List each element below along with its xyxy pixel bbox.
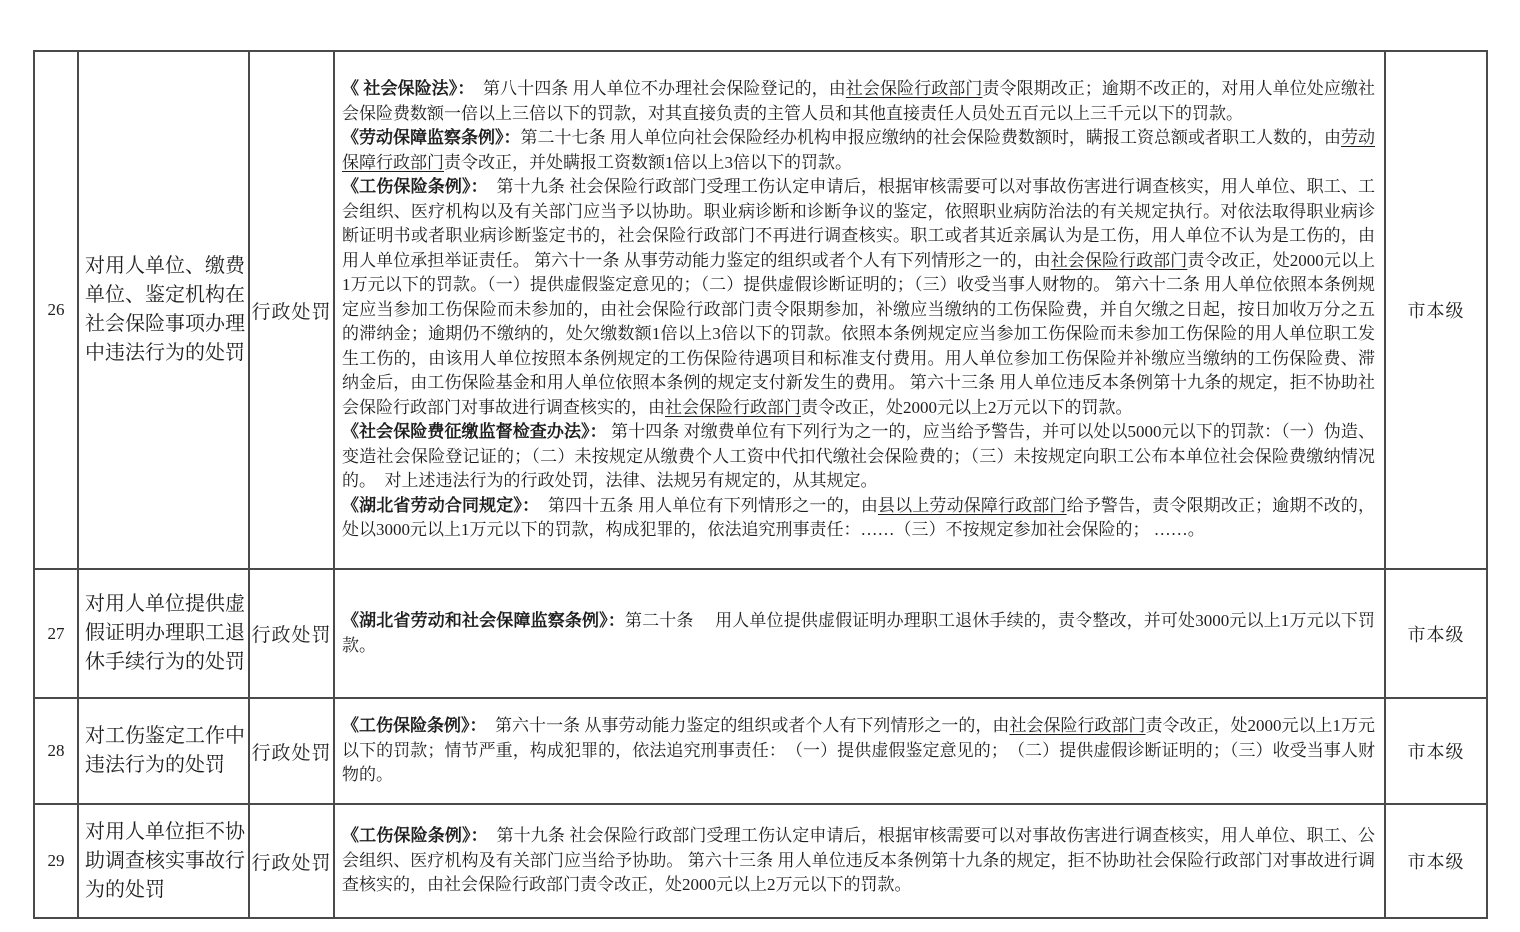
legal-text-segment: 责令改正，处2000元以上2万元以下的罚款。	[801, 398, 1133, 417]
underlined-department: 社会保险行政部门	[846, 79, 983, 98]
legal-text-segment: 第八十四条 用人单位不办理社会保险登记的，由	[466, 79, 846, 98]
legal-text-segment: 责令改正，处2000元以上1万元以下的罚款。（一）提供虚假鉴定意见的；（二）提供…	[342, 251, 1375, 417]
law-title: 《湖北省劳动合同规定》：	[342, 496, 531, 515]
penalty-type-cell: 行政处罚	[249, 698, 334, 804]
legal-text-segment: 第六十一条 从事劳动能力鉴定的组织或者个人有下列情形之一的，由	[478, 716, 1009, 735]
legal-basis-cell: 《工伤保险条例》： 第十九条 社会保险行政部门受理工伤认定申请后，根据审核需要可…	[334, 804, 1385, 918]
item-name-cell: 对用人单位拒不协助调查核实事故行为的处罚	[78, 804, 249, 918]
legal-paragraph: 《工伤保险条例》： 第十九条 社会保险行政部门受理工伤认定申请后，根据审核需要可…	[342, 824, 1375, 898]
item-name-cell: 对用人单位、缴费单位、鉴定机构在社会保险事项办理中违法行为的处罚	[78, 51, 249, 569]
penalty-type-cell: 行政处罚	[249, 51, 334, 569]
legal-paragraph: 《劳动保障监察条例》：第二十七条 用人单位向社会保险经办机构申报应缴纳的社会保险…	[342, 126, 1375, 175]
row-number-cell: 29	[34, 804, 78, 918]
row-number-cell: 28	[34, 698, 78, 804]
penalty-type-cell: 行政处罚	[249, 569, 334, 698]
legal-basis-cell: 《湖北省劳动和社会保障监察条例》：第二十条 用人单位提供虚假证明办理职工退休手续…	[334, 569, 1385, 698]
row-number-cell: 27	[34, 569, 78, 698]
legal-paragraph: 《湖北省劳动合同规定》： 第四十五条 用人单位有下列情形之一的，由县以上劳动保障…	[342, 494, 1375, 543]
legal-text-segment: 第四十五条 用人单位有下列情形之一的，由	[531, 496, 878, 515]
legal-text-segment: 第十九条 社会保险行政部门受理工伤认定申请后，根据审核需要可以对事故伤害进行调查…	[342, 826, 1375, 894]
legal-text-segment: 第二十七条 用人单位向社会保险经办机构申报应缴纳的社会保险费数额时，瞒报工资总额…	[521, 128, 1341, 147]
legal-paragraph: 《湖北省劳动和社会保障监察条例》：第二十条 用人单位提供虚假证明办理职工退休手续…	[342, 609, 1375, 658]
table-row: 27对用人单位提供虚假证明办理职工退休手续行为的处罚行政处罚《湖北省劳动和社会保…	[34, 569, 1487, 698]
item-name-cell: 对工伤鉴定工作中违法行为的处罚	[78, 698, 249, 804]
table-row: 26对用人单位、缴费单位、鉴定机构在社会保险事项办理中违法行为的处罚行政处罚《 …	[34, 51, 1487, 569]
law-title: 《工伤保险条例》：	[342, 716, 478, 735]
legal-paragraph: 《社会保险费征缴监督检查办法》： 第十四条 对缴费单位有下列行为之一的，应当给予…	[342, 420, 1375, 494]
underlined-department: 社会保险行政部门	[665, 398, 801, 417]
penalty-table: 26对用人单位、缴费单位、鉴定机构在社会保险事项办理中违法行为的处罚行政处罚《 …	[33, 50, 1488, 919]
table-body: 26对用人单位、缴费单位、鉴定机构在社会保险事项办理中违法行为的处罚行政处罚《 …	[34, 51, 1487, 918]
item-name-cell: 对用人单位提供虚假证明办理职工退休手续行为的处罚	[78, 569, 249, 698]
level-cell: 市本级	[1385, 569, 1487, 698]
level-cell: 市本级	[1385, 804, 1487, 918]
table-row: 29对用人单位拒不协助调查核实事故行为的处罚行政处罚《工伤保险条例》： 第十九条…	[34, 804, 1487, 918]
document-page: 26对用人单位、缴费单位、鉴定机构在社会保险事项办理中违法行为的处罚行政处罚《 …	[0, 0, 1520, 932]
law-title: 《劳动保障监察条例》：	[342, 128, 521, 147]
level-cell: 市本级	[1385, 698, 1487, 804]
law-title: 《湖北省劳动和社会保障监察条例》：	[342, 611, 625, 630]
law-title: 《 社会保险法》：	[342, 79, 466, 98]
level-cell: 市本级	[1385, 51, 1487, 569]
law-title: 《社会保险费征缴监督检查办法》：	[342, 422, 607, 441]
legal-text-segment: 责令改正，并处瞒报工资数额1倍以上3倍以下的罚款。	[444, 153, 852, 172]
legal-paragraph: 《工伤保险条例》： 第六十一条 从事劳动能力鉴定的组织或者个人有下列情形之一的，…	[342, 714, 1375, 788]
legal-paragraph: 《 社会保险法》： 第八十四条 用人单位不办理社会保险登记的，由社会保险行政部门…	[342, 77, 1375, 126]
legal-basis-cell: 《 社会保险法》： 第八十四条 用人单位不办理社会保险登记的，由社会保险行政部门…	[334, 51, 1385, 569]
penalty-type-cell: 行政处罚	[249, 804, 334, 918]
law-title: 《工伤保险条例》：	[342, 826, 479, 845]
underlined-department: 县以上劳动保障行政部门	[878, 496, 1067, 515]
underlined-department: 社会保险行政部门	[1051, 251, 1188, 270]
legal-paragraph: 《工伤保险条例》： 第十九条 社会保险行政部门受理工伤认定申请后，根据审核需要可…	[342, 175, 1375, 420]
underlined-department: 社会保险行政部门	[1009, 716, 1145, 735]
row-number-cell: 26	[34, 51, 78, 569]
law-title: 《工伤保险条例》：	[342, 177, 479, 196]
table-row: 28对工伤鉴定工作中违法行为的处罚行政处罚《工伤保险条例》： 第六十一条 从事劳…	[34, 698, 1487, 804]
legal-basis-cell: 《工伤保险条例》： 第六十一条 从事劳动能力鉴定的组织或者个人有下列情形之一的，…	[334, 698, 1385, 804]
